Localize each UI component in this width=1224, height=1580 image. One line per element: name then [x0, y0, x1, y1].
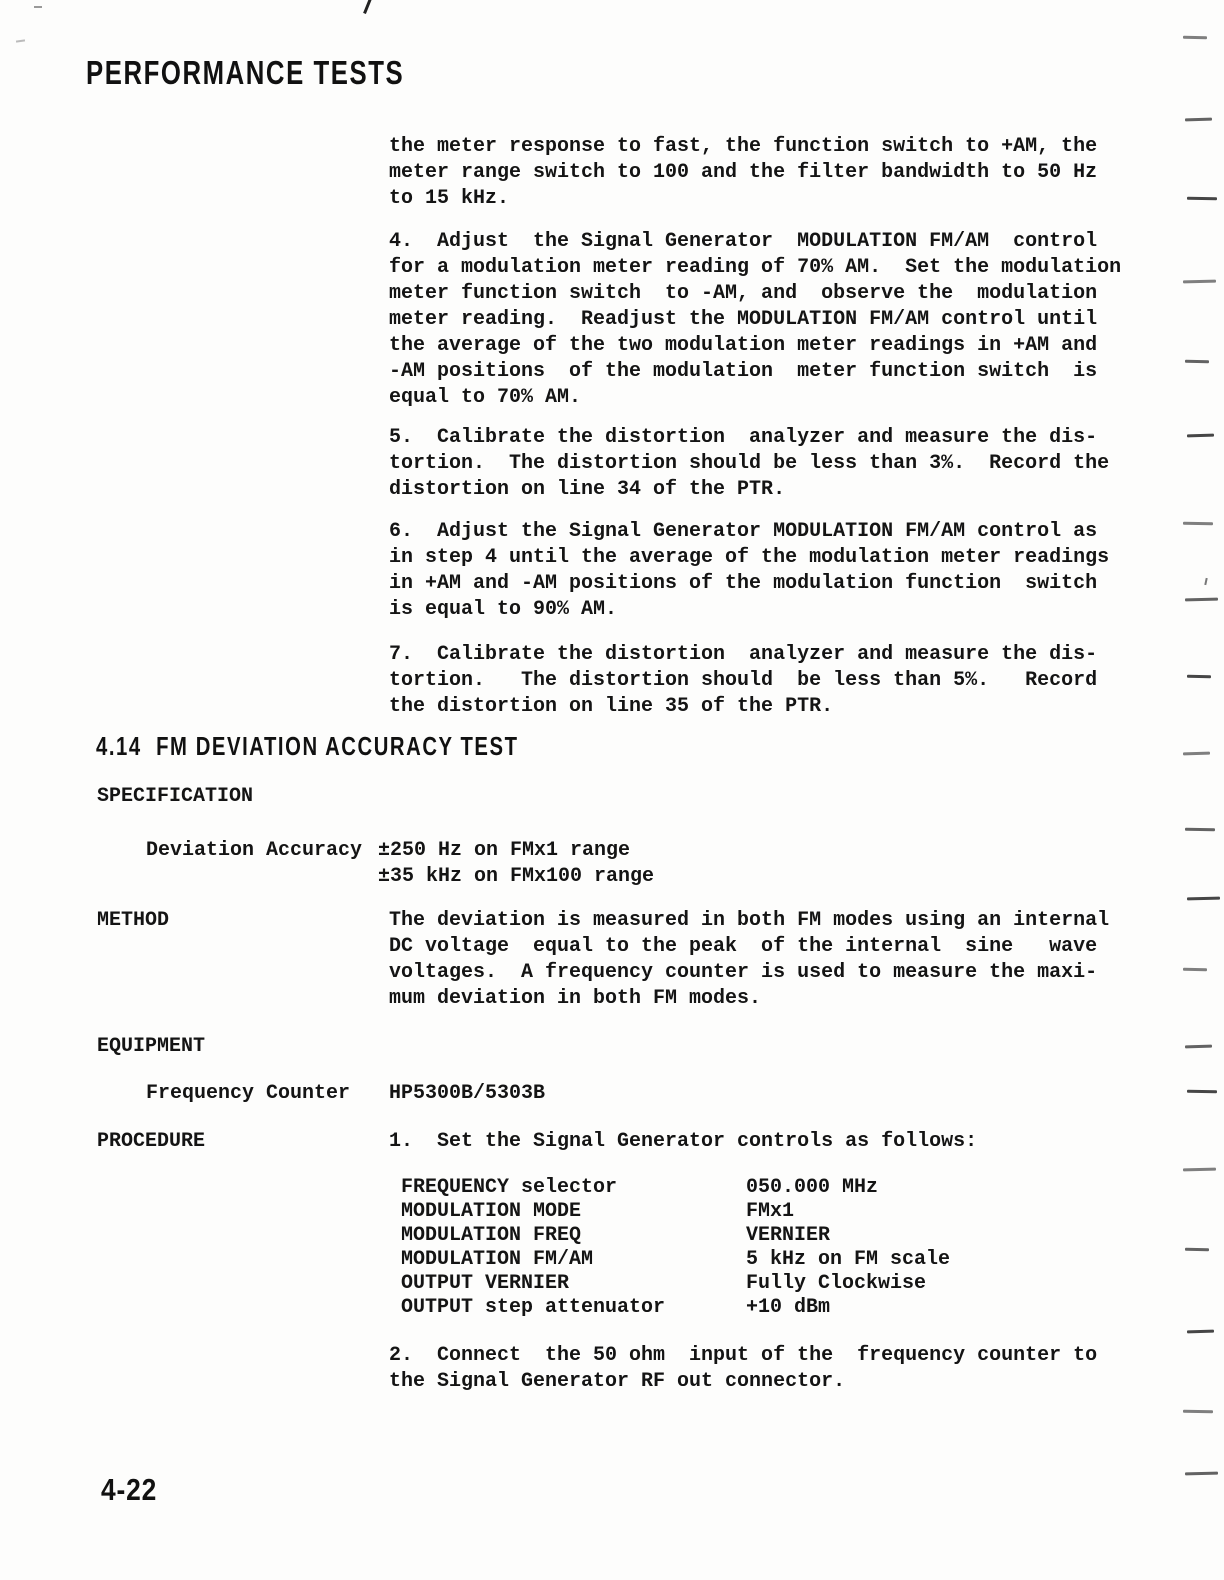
paragraph-step4: 4. Adjust the Signal Generator MODULATIO…: [389, 229, 1121, 411]
setting-control: MODULATION FREQ: [401, 1224, 581, 1248]
edge-dash-mark: [1187, 197, 1217, 201]
setting-control: FREQUENCY selector: [401, 1176, 617, 1200]
edge-dash-mark: [1185, 1248, 1209, 1251]
scan-artifact-tick: [1204, 578, 1207, 585]
edge-dash-mark: [1185, 360, 1209, 363]
edge-dash-mark: [1187, 897, 1220, 901]
edge-dash-mark: [1185, 1472, 1218, 1476]
edge-dash-mark: [1187, 1330, 1214, 1334]
edge-dash-mark: [1183, 522, 1213, 526]
setting-control: OUTPUT step attenuator: [401, 1296, 665, 1320]
scanned-manual-page: { "page": { "title": "PERFORMANCE TESTS"…: [0, 0, 1224, 1580]
equipment-label: EQUIPMENT: [97, 1034, 205, 1060]
edge-dash-mark: [1185, 1045, 1212, 1049]
page-title: PERFORMANCE TESTS: [86, 56, 404, 90]
setting-control: MODULATION MODE: [401, 1200, 581, 1224]
settings-row: MODULATION MODE FMx1: [401, 1200, 1121, 1224]
settings-row: FREQUENCY selector 050.000 MHz: [401, 1176, 1121, 1200]
page-number: 4-22: [101, 1474, 157, 1506]
edge-dash-mark: [1187, 675, 1211, 678]
specification-label: SPECIFICATION: [97, 784, 253, 810]
specification-item-value: ±250 Hz on FMx1 range ±35 kHz on FMx100 …: [378, 838, 654, 890]
paragraph-step5: 5. Calibrate the distortion analyzer and…: [389, 425, 1109, 503]
edge-dash-mark: [1183, 280, 1216, 284]
setting-value: +10 dBm: [746, 1296, 830, 1320]
edge-dash-mark: [1185, 598, 1218, 602]
procedure-step2: 2. Connect the 50 ohm input of the frequ…: [389, 1343, 1097, 1395]
method-text: The deviation is measured in both FM mod…: [389, 908, 1109, 1012]
edge-dash-mark: [1183, 1168, 1216, 1172]
setting-value: 5 kHz on FM scale: [746, 1248, 950, 1272]
edge-dash-mark: [1183, 968, 1207, 971]
equipment-item-value: HP5300B/5303B: [389, 1081, 545, 1107]
edge-dash-mark: [1183, 36, 1207, 39]
scan-artifact-speck: [16, 39, 25, 42]
edge-dash-mark: [1187, 1090, 1217, 1094]
setting-value: VERNIER: [746, 1224, 830, 1248]
edge-dash-mark: [1183, 752, 1210, 756]
paragraph-step6: 6. Adjust the Signal Generator MODULATIO…: [389, 519, 1109, 623]
edge-dash-mark: [1187, 434, 1214, 438]
edge-dash-mark: [1183, 1410, 1213, 1414]
edge-dash-mark: [1185, 828, 1215, 832]
setting-control: MODULATION FM/AM: [401, 1248, 593, 1272]
settings-row: MODULATION FREQ VERNIER: [401, 1224, 1121, 1248]
procedure-step1: 1. Set the Signal Generator controls as …: [389, 1129, 977, 1155]
settings-row: OUTPUT VERNIER Fully Clockwise: [401, 1272, 1121, 1296]
edge-dash-mark: [1185, 118, 1212, 122]
settings-row: OUTPUT step attenuator +10 dBm: [401, 1296, 1121, 1320]
specification-item-label: Deviation Accuracy: [146, 838, 362, 864]
equipment-item-label: Frequency Counter: [146, 1081, 350, 1107]
paragraph-step7: 7. Calibrate the distortion analyzer and…: [389, 642, 1097, 720]
settings-row: MODULATION FM/AM 5 kHz on FM scale: [401, 1248, 1121, 1272]
setting-value: 050.000 MHz: [746, 1176, 878, 1200]
setting-control: OUTPUT VERNIER: [401, 1272, 569, 1296]
paragraph-step3-continuation: the meter response to fast, the function…: [389, 134, 1097, 212]
setting-value: FMx1: [746, 1200, 794, 1224]
section-heading-414: 4.14 FM DEVIATION ACCURACY TEST: [96, 733, 519, 760]
scan-artifact-speck: [34, 6, 42, 8]
scan-artifact-backslash: [363, 0, 372, 14]
method-label: METHOD: [97, 908, 169, 934]
procedure-label: PROCEDURE: [97, 1129, 205, 1155]
setting-value: Fully Clockwise: [746, 1272, 926, 1296]
